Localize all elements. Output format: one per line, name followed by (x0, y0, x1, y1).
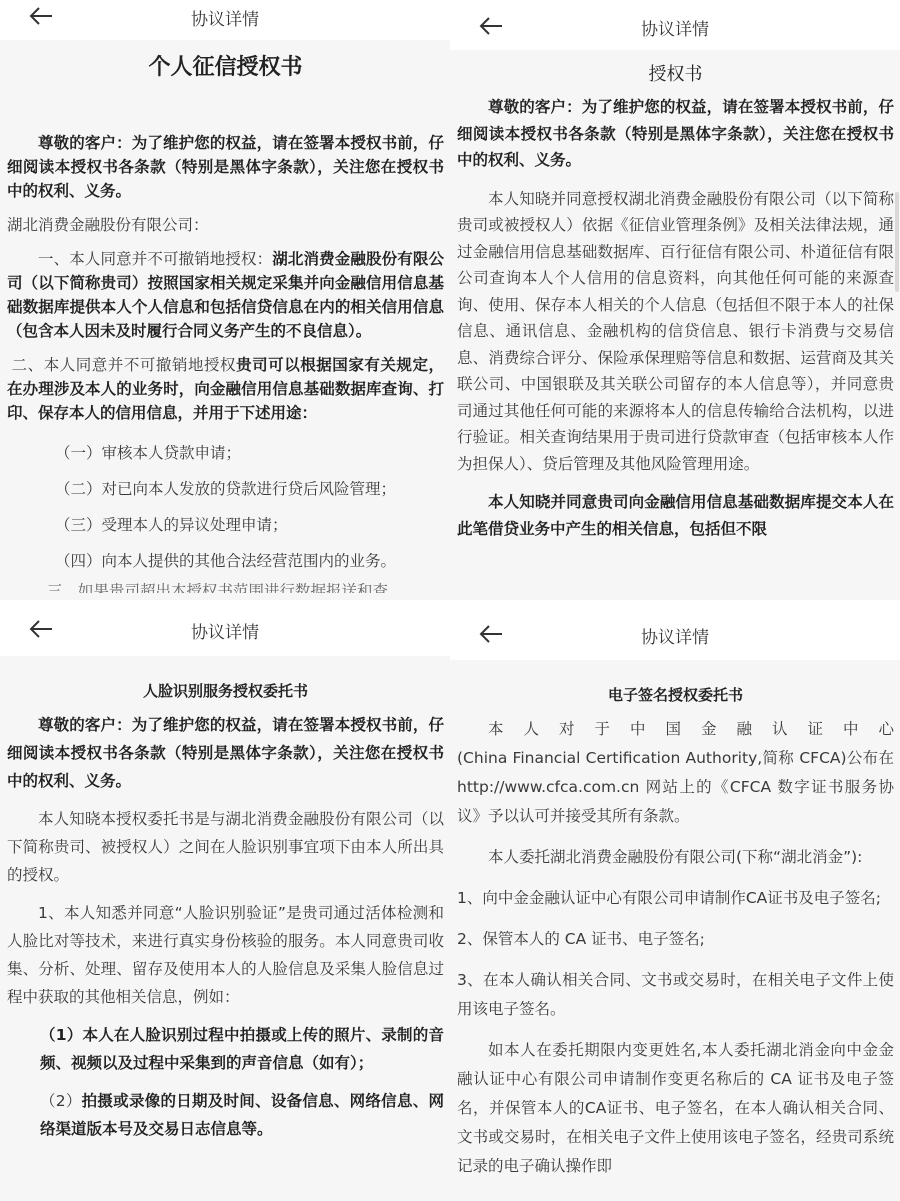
paragraph-1: 本人知晓本授权委托书是与湖北消费金融股份有限公司（以下简称贵司、被授权人）之间在… (7, 805, 444, 889)
use-item: （三）受理本人的异议处理申请； (7, 507, 444, 543)
paragraph-2: 1、本人知悉并同意“人脸识别验证”是贵司通过活体检测和人脸比对等技术，来进行真实… (7, 899, 444, 1011)
document-body[interactable]: 电子签名授权委托书 本人对于中国金融认证中心 (China Financial … (450, 684, 900, 1181)
page-title: 协议详情 (450, 15, 900, 40)
page-title: 协议详情 (0, 5, 450, 30)
screen-face-recognition-authorization: 协议详情 人脸识别服务授权委托书 尊敬的客户：为了维护您的权益，请在签署本授权书… (0, 600, 450, 1201)
page-title: 协议详情 (0, 618, 450, 643)
info-item: （1）本人在人脸识别过程中拍摄或上传的照片、录制的音频、视频以及过程中采集到的声… (7, 1021, 444, 1077)
screen-authorization-letter: 协议详情 授权书 尊敬的客户：为了维护您的权益，请在签署本授权书前，仔细阅读本授… (450, 0, 900, 600)
page-title: 协议详情 (450, 623, 900, 648)
entrust-item: 3、在本人确认相关合同、文书或交易时，在相关电子文件上使用该电子签名。 (457, 966, 894, 1024)
document-body[interactable]: 个人征信授权书 尊敬的客户：为了维护您的权益，请在签署本授权书前，仔细阅读本授权… (0, 50, 450, 593)
entrust-item: 2、保管本人的 CA 证书、电子签名; (457, 925, 894, 954)
clause-3-cutoff: 三、如果贵司超出本授权书范围进行数据报送和查 (7, 579, 444, 593)
info-item-text: 拍摄或录像的日期及时间、设备信息、网络信息、网络渠道版本号及交易日志信息等。 (40, 1092, 444, 1138)
document-title: 人脸识别服务授权委托书 (7, 680, 444, 701)
screen-e-signature-authorization: 协议详情 电子签名授权委托书 本人对于中国金融认证中心 (China Finan… (450, 600, 900, 1201)
info-item-prefix: （2） (40, 1092, 82, 1110)
info-item-text: 本人在人脸识别过程中拍摄或上传的照片、录制的音频、视频以及过程中采集到的声音信息… (40, 1026, 444, 1072)
top-nav-bar: 协议详情 (450, 0, 900, 50)
intro-notice: 尊敬的客户：为了维护您的权益，请在签署本授权书前，仔细阅读本授权书各条款（特别是… (7, 131, 444, 203)
top-nav-bar: 协议详情 (0, 0, 450, 40)
use-item: （四）向本人提供的其他合法经营范围内的业务。 (7, 543, 444, 579)
top-nav-bar: 协议详情 (0, 600, 450, 656)
paragraph-1: (China Financial Certification Authority… (457, 744, 894, 831)
document-body[interactable]: 授权书 尊敬的客户：为了维护您的权益，请在签署本授权书前，仔细阅读本授权书各条款… (450, 60, 900, 542)
paragraph-1: 本人知晓并同意授权湖北消费金融股份有限公司（以下简称贵司或被授权人）依据《征信业… (457, 186, 894, 478)
clause-2: 二、本人同意并不可撤销地授权贵司可以根据国家有关规定，在办理涉及本人的业务时，向… (7, 353, 444, 425)
document-title: 授权书 (457, 60, 894, 86)
paragraph-2: 本人知晓并同意贵司向金融信用信息基础数据库提交本人在此笔借贷业务中产生的相关信息… (457, 489, 894, 542)
use-item: （一）审核本人贷款申请； (7, 435, 444, 471)
document-title: 电子签名授权委托书 (457, 684, 894, 705)
top-nav-bar: 协议详情 (450, 600, 900, 660)
document-title: 个人征信授权书 (7, 50, 444, 81)
intro-notice: 尊敬的客户：为了维护您的权益，请在签署本授权书前，仔细阅读本授权书各条款（特别是… (7, 711, 444, 795)
document-body[interactable]: 人脸识别服务授权委托书 尊敬的客户：为了维护您的权益，请在签署本授权书前，仔细阅… (0, 680, 450, 1143)
use-item: （二）对已向本人发放的贷款进行贷后风险管理； (7, 471, 444, 507)
addressee: 湖北消费金融股份有限公司： (7, 213, 444, 237)
intro-notice: 尊敬的客户：为了维护您的权益，请在签署本授权书前，仔细阅读本授权书各条款（特别是… (457, 94, 894, 174)
info-item-prefix: （1） (40, 1026, 82, 1044)
paragraph-3: 如本人在委托期限内变更姓名,本人委托湖北消金向中金金融认证中心有限公司申请制作变… (457, 1036, 894, 1181)
entrust-item: 1、向中金金融认证中心有限公司申请制作CA证书及电子签名; (457, 884, 894, 913)
screen-personal-credit-authorization: 协议详情 个人征信授权书 尊敬的客户：为了维护您的权益，请在签署本授权书前，仔细… (0, 0, 450, 600)
scrollbar[interactable] (895, 192, 899, 292)
paragraph-2: 本人委托湖北消费金融股份有限公司(下称“湖北消金”): (457, 843, 894, 872)
clause-1-prefix: 一、本人同意并不可撤销地授权： (38, 250, 272, 268)
paragraph-1-line1: 本人对于中国金融认证中心 (457, 715, 894, 744)
clause-2-prefix: 二、本人同意并不可撤销地授权 (12, 356, 236, 374)
info-item: （2）拍摄或录像的日期及时间、设备信息、网络信息、网络渠道版本号及交易日志信息等… (7, 1087, 444, 1143)
clause-1: 一、本人同意并不可撤销地授权：湖北消费金融股份有限公司（以下简称贵司）按照国家相… (7, 247, 444, 343)
